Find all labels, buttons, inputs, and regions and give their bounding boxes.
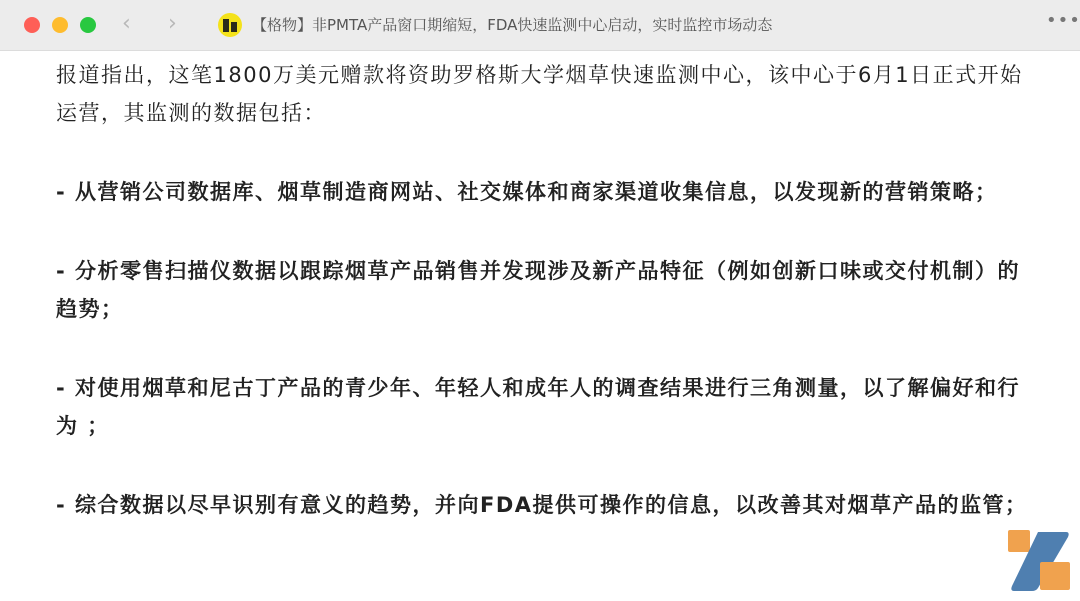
- bullet-item: - 对使用烟草和尼古丁产品的青少年、年轻人和成年人的调查结果进行三角测量，以了解…: [56, 369, 1031, 445]
- article-intro: 报道指出，这笔1800万美元赠款将资助罗格斯大学烟草快速监测中心，该中心于6月1…: [56, 56, 1031, 132]
- window-titlebar: ‹ › 【格物】非PMTA产品窗口期缩短，FDA快速监测中心启动，实时监控市场动…: [0, 0, 1080, 51]
- bullet-item: - 综合数据以尽早识别有意义的趋势，并向FDA提供可操作的信息，以改善其对烟草产…: [56, 486, 1031, 524]
- article-body: 报道指出，这笔1800万美元赠款将资助罗格斯大学烟草快速监测中心，该中心于6月1…: [56, 56, 1031, 524]
- bullet-item: - 分析零售扫描仪数据以跟踪烟草产品销售并发现涉及新产品特征（例如创新口味或交付…: [56, 252, 1031, 328]
- close-window-button[interactable]: [24, 17, 40, 33]
- minimize-window-button[interactable]: [52, 17, 68, 33]
- watermark-logo-icon: [1008, 530, 1072, 592]
- maximize-window-button[interactable]: [80, 17, 96, 33]
- more-options-icon[interactable]: •••: [1046, 10, 1080, 31]
- forward-icon[interactable]: ›: [168, 11, 177, 37]
- back-icon[interactable]: ‹: [122, 11, 131, 37]
- bullet-item: - 从营销公司数据库、烟草制造商网站、社交媒体和商家渠道收集信息，以发现新的营销…: [56, 173, 1031, 211]
- window-title: 【格物】非PMTA产品窗口期缩短，FDA快速监测中心启动，实时监控市场动态: [252, 14, 772, 36]
- account-avatar-icon: [218, 13, 242, 37]
